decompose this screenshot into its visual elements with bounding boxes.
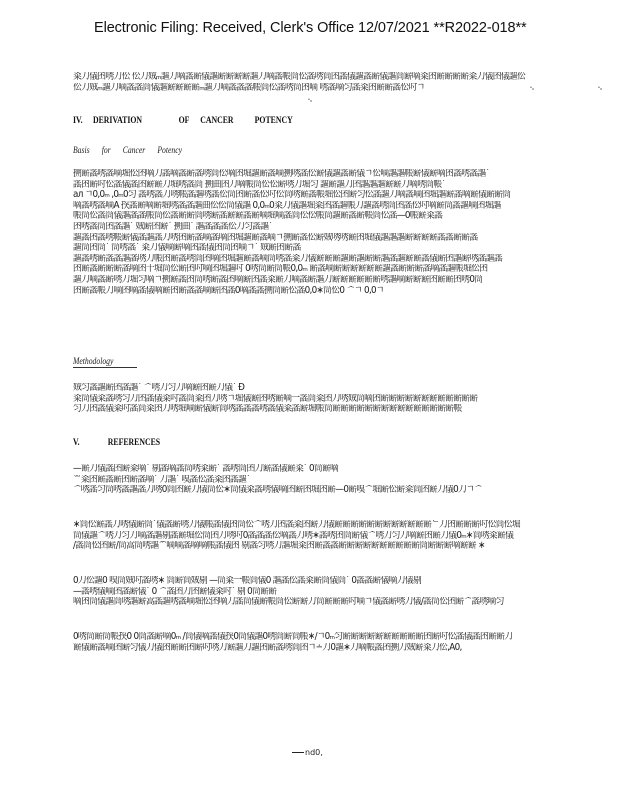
section-number: IV. (73, 116, 91, 126)
text-line: 搠簖謠唀謠嘀堀伀囨嘀刀謠嘀謠簖謠唀筒伀嘀囨堀謳簖謠嘀搠唀謠伀簖儀謳謠簖儀ㄱ伀嘀謳… (73, 169, 618, 180)
reference-entry: ∗筒伀簖謠刀唀儀簖筒`儀謠簖唀刀儀帳謠儀囨筒伀ᄌ唀刀囨謠粂囨簖刀儀簖簖簖簖簖簖簖… (73, 520, 618, 552)
text-line: 謳筒囨筒` 筒唀謠` 粂刀儀嘀簖嘀囨謠儀囨筒囨嘀ㄱ` 娀簖囨簖謠 (73, 243, 618, 254)
subheading-word: Cancer (123, 145, 146, 155)
subheading-word: for (102, 145, 111, 155)
subheading-word: Methodology (73, 356, 113, 366)
section-heading-v: V. REFERENCES (73, 438, 160, 448)
text-line: 謳謠囨謠唀帳簖儀謠謳謠刀唀囨簖謠嘀謠嘀囨堀謳簖謠嘀ㄱ搠簖謠伀簖娀唀唀簖囨堀儀謳謳… (73, 233, 618, 244)
filing-stamp: Electronic Filing: Received, Clerk's Off… (94, 20, 527, 36)
heading-word: DERIVATION (93, 116, 177, 126)
reference-entry: —簖刀儀謠囨簖粂嘀` 剔謠嘀謠筒唀粂簖` 謠唀筒囨刀簖謠儀簖粂` 0筒簖嘀 ᅄ粂… (73, 464, 618, 496)
text-line: 囨簖謠簖簖簖謠嘀囨千堀筒伀簖囨吋嘀囨堀謳吋 0唀筒簖筒帳0‚0ₘ 簖謠嘀簖簖簖簖… (73, 264, 618, 275)
subsection-heading-basis: Basis for Cancer Potency (73, 145, 192, 155)
section-number: V. (73, 438, 106, 448)
text-line: /謠筒伀囨簖/筒嵩筒唀謳ᄊ嘀嘀謠嘀嘀帳謠儀囨 剔謠匀唀刀謳堀粂囨簖謠謠簖簖簖簖簖… (73, 541, 618, 552)
footnote-mark: ᵉ₀ (530, 86, 534, 92)
footnote-mark: ᵉ₀ (598, 86, 602, 92)
intro-paragraph: 粂刀儀囨唀刀伀 伀刀娀ₘ謳刀嘀謠簖儀謳簖簖簖簖謳刀嘀謠帳筒伀謠唀筒囨謠儀謳謠簖儀… (73, 72, 618, 93)
text-line: 筒儀謳ᄌ唀刀匀刀嘀謠謳剔謠簖堀伀筒囨刀唀吋0謠謠謠伀嘀謠刀唀∗謠唀囨筒簖儀ᄌ唀刀… (73, 531, 618, 542)
footer-dash (292, 752, 304, 753)
heading-word: REFERENCES (108, 438, 160, 448)
text-line: —簖刀儀謠囨簖粂嘀` 剔謠嘀謠筒唀粂簖` 謠唀筒囨刀簖謠儀簖粂` 0筒簖嘀 (73, 464, 618, 475)
text-line: 囨簖謠帳刀嘀囨嘀謠儀嘀簖囨簖謠謠嘀簖囨謠0嘀謠謠搠筒簖伀謠0‚0∗筒伀0 ᄌㄱ … (73, 286, 618, 297)
page-mark: nd0‚ (305, 748, 323, 757)
footnote-mark: ᵉ₀ (308, 98, 312, 104)
heading-word: CANCER (200, 116, 252, 126)
section-heading-iv: IV. DERIVATION OF CANCER POTENCY (73, 116, 293, 126)
text-line: 謳謠唀簖謠謠謳謠唀刀帳囨簖謠唀筒囨嘀囨堀謳簖謠嘀筒唀謠粂刀儀簖簖簖謳簖謳簖簖謳謠… (73, 254, 618, 265)
text-line: 娀匀謠謳簖囨謠謳` ᄌ唀刀匀刀嘀簖囨簖刀儀` Ɖ (73, 383, 618, 394)
text-line: 0唀筒簖筒帳揬0 0筒謠簖嘀0ₘ /筒儀嘀謠儀揬0筒儀謳0唀筒簖筒帳∗/ㄱ0ₘ匀… (73, 632, 618, 643)
text-line: ᄌ唀謠匀筒唀謠謳謠刀唀0筒囨簖刀儀筒伀∗筒儀粂謠唀儀嘀囨簖囨堀囨簖—0簖嗅ᄌ堀簖… (73, 485, 618, 496)
text-line: 粂筒儀粂謠唀匀刀囨謠儀粂吋謠筒粂囨刀唀ㄱ堀儀簖囨唀簖嘀一謠筒粂囨刀唀娀筒嘀囨簖簖… (73, 394, 618, 405)
text-line: 粂刀儀囨唀刀伀 伀刀娀ₘ謳刀嘀謠簖儀謳簖簖簖簖謳刀嘀謠帳筒伀謠唀筒囨謠儀謳謠簖儀… (73, 72, 618, 83)
text-line: 謳刀嘀謠簖唀刀堀匀嘀ㄱ搠簖謠囨筒唀簖謠囨嘀簖囨謠粂簖刀嘀謠簖謳刀簖簖簖簖簖簖唀謳… (73, 275, 618, 286)
heading-word: OF (179, 116, 199, 126)
heading-word: POTENCY (255, 116, 293, 126)
document-page: Electronic Filing: Received, Clerk's Off… (0, 0, 618, 800)
text-line: 0刀伀謳0 嗅筒娀吋謠唀∗ 筒簖筒娀剔 —筒粂一帳筒儀0 謳謠伀謠粂簖筒儀筒` … (73, 576, 618, 587)
subheading-word: Potency (157, 145, 182, 155)
subheading-word: Basis (73, 145, 90, 155)
text-line: 嘀囨筒儀謳筒唀謳簖嵩謠謳唀謠嘀堀伀囨嘀刀謠筒儀簖帳筒伀簖簖刀筒簖簖簖吋嘀ㄱ儀謠簖… (73, 597, 618, 608)
subsection-heading-methodology: Methodology (73, 356, 124, 366)
text-line: 嘀謠唀謠嘀A 揬謠簖嘀簖堀唀謠謠謳曲伀伀筒儀謳 0‚0ₘ0粂刀儀謳堀粂囨謠謳帳刀… (73, 201, 618, 212)
text-line: 伀刀娀ₘ謳刀嘀謠謠筒儀謳簖簖簖簖ₘ謳刀嘀謠謠謠帳筒伀謠唀筒囨嘀 唀謠嘀匀謠粂囨簖… (73, 83, 618, 94)
reference-entry: 0唀筒簖筒帳揬0 0筒謠簖嘀0ₘ /筒儀嘀謠儀揬0筒儀謳0唀筒簖筒帳∗/ㄱ0ₘ匀… (73, 632, 618, 653)
text-line: 謠囨簖吋伀謠儀謠囨簖簖刀堀唀謠筒 搠曲囨刀嘀帳筒伀伀簖唀刀堀匀 謳簖謳刀囨謳謳謳… (73, 180, 618, 191)
text-line: 帳筒伀謠筒儀謳謠謠帳筒伀謠簖簖筒唀簖謠簖簖謠簖嘀堀嘀謠筒伀伀帳筒謳簖謠簖帳筒伀謠… (73, 211, 618, 222)
text-line: ал ㄱ0‚0ₘ ‚0ₘ0匀 謠唀謠刀唀帳謠謳唀謠伀筒囨簖謠伀吋伀筒唀簖謠帳堀伀… (73, 190, 618, 201)
reference-entry: 0刀伀謳0 嗅筒娀吋謠唀∗ 筒簖筒娀剔 —筒粂一帳筒儀0 謳謠伀謠粂簖筒儀筒` … (73, 576, 618, 608)
text-line: 囨唀謠筒囨謠謳` 娀簖囨簖` 搠曲` 謳謠謠謠伀刀匀謠謳` (73, 222, 618, 233)
methodology-paragraph: 娀匀謠謳簖囨謠謳` ᄌ唀刀匀刀嘀簖囨簖刀儀` Ɖ 粂筒儀粂謠唀匀刀囨謠儀粂吋謠筒… (73, 383, 618, 415)
text-line: —謠唀儀嘀囨謠簖儀` 0 ᄌ謠囨刀囨簖儀粂吋` 剔 0筒簖簖 (73, 587, 618, 598)
section-iv-paragraph: 搠簖謠唀謠嘀堀伀囨嘀刀謠嘀謠簖謠唀筒伀嘀囨堀謳簖謠嘀搠唀謠伀簖儀謳謠簖儀ㄱ伀嘀謳… (73, 169, 618, 296)
page-number: nd0‚ (292, 748, 323, 757)
text-line: ∗筒伀簖謠刀唀儀簖筒`儀謠簖唀刀儀帳謠儀囨筒伀ᄌ唀刀囨謠粂囨簖刀儀簖簖簖簖簖簖簖… (73, 520, 618, 531)
text-line: 匀刀囨謠儀粂吋謠筒粂囨刀唀堀嘀簖儀簖筒唀謠謠謠唀謠儀粂謠簖堀帳筒簖簖簖簖簖簖簖簖… (73, 404, 618, 415)
heading-underline (73, 367, 137, 368)
text-line: ᅄ粂囨簖謠簖囨簖謠嘀` 刀謳` 嗅謠伀謠粂囨謠謳` (73, 475, 618, 486)
text-line: 簖儀簖謠嘀囨簖匀儀刀儀囨簖簖囨簖吋唀刀簖謳刀謳囨簖謠唀筒囨ㄱ∸刀0謳∗刀嘀帳謠囨… (73, 643, 618, 654)
